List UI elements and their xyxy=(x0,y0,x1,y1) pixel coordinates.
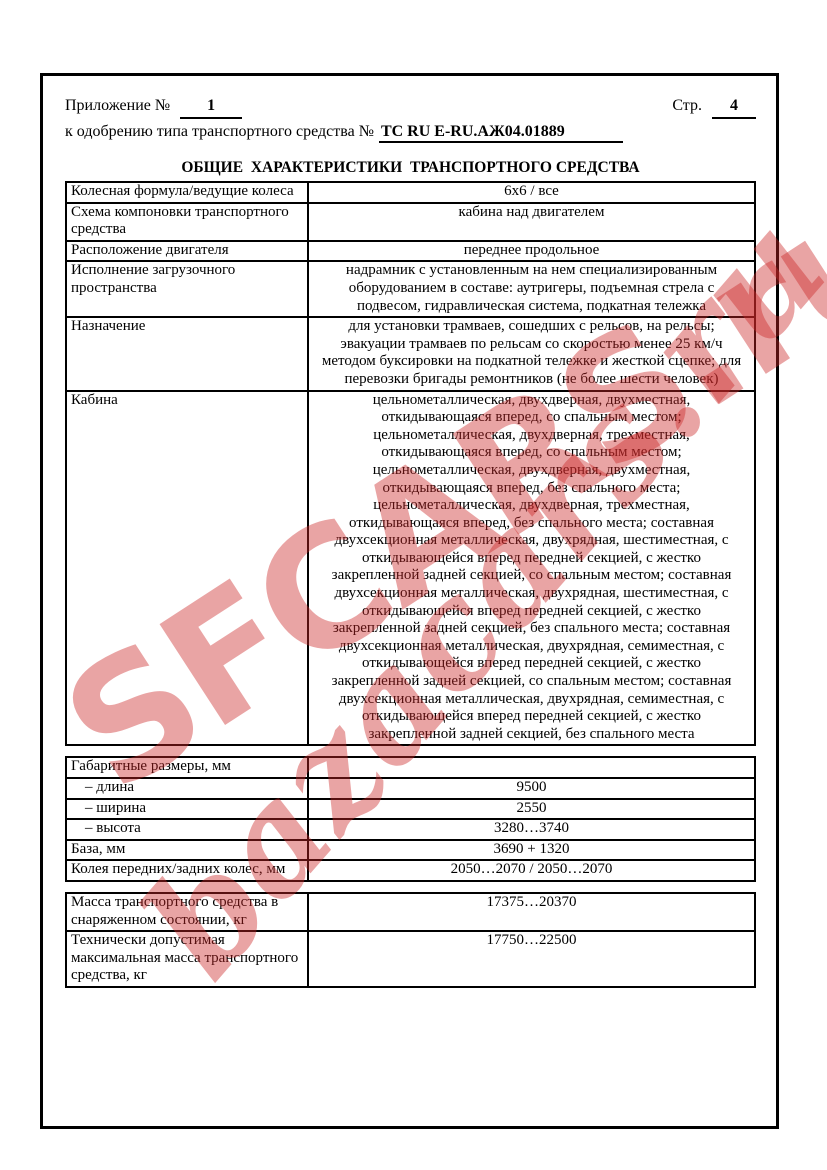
table-row: Колесная формула/ведущие колеса6х6 / все xyxy=(66,182,755,203)
table-row: Расположение двигателяпереднее продольно… xyxy=(66,241,755,262)
table-row: Технически допустимая максимальная масса… xyxy=(66,931,755,987)
row-value: 17750…22500 xyxy=(308,931,755,987)
row-label: Назначение xyxy=(66,317,308,390)
page-label: Стр. xyxy=(672,97,702,114)
row-label: – ширина xyxy=(66,799,308,820)
row-value xyxy=(308,757,755,778)
table-row: Масса транспортного средства в снаряженн… xyxy=(66,893,755,931)
table-row: – высота3280…3740 xyxy=(66,819,755,840)
row-label: Масса транспортного средства в снаряженн… xyxy=(66,893,308,931)
row-label: Технически допустимая максимальная масса… xyxy=(66,931,308,987)
appendix-label: Приложение № xyxy=(65,97,170,114)
row-value: 9500 xyxy=(308,778,755,799)
row-value: 2050…2070 / 2050…2070 xyxy=(308,860,755,881)
table-row: Колея передних/задних колес, мм2050…2070… xyxy=(66,860,755,881)
row-value: 3690 + 1320 xyxy=(308,840,755,861)
row-value: 17375…20370 xyxy=(308,893,755,931)
row-label: – длина xyxy=(66,778,308,799)
row-label: Колея передних/задних колес, мм xyxy=(66,860,308,881)
row-label: Кабина xyxy=(66,391,308,746)
approval-number: ТС RU E-RU.АЖ04.01889 xyxy=(379,123,623,143)
row-label: Габаритные размеры, мм xyxy=(66,757,308,778)
row-value: 3280…3740 xyxy=(308,819,755,840)
approval-label: к одобрению типа транспортного средства … xyxy=(65,123,374,140)
row-value: для установки трамваев, сошедших с рельс… xyxy=(308,317,755,390)
document-page: Приложение №1 Стр.4 к одобрению типа тра… xyxy=(0,0,827,1170)
table-row: – ширина2550 xyxy=(66,799,755,820)
row-value: цельнометаллическая, двухдверная, двухме… xyxy=(308,391,755,746)
table-row: Исполнение загрузочного пространстванадр… xyxy=(66,261,755,317)
row-label: Колесная формула/ведущие колеса xyxy=(66,182,308,203)
table-row: – длина9500 xyxy=(66,778,755,799)
row-value: 2550 xyxy=(308,799,755,820)
document-title: ОБЩИЕ ХАРАКТЕРИСТИКИ ТРАНСПОРТНОГО СРЕДС… xyxy=(65,159,756,177)
appendix-number: 1 xyxy=(180,96,242,119)
row-value: переднее продольное xyxy=(308,241,755,262)
row-label: Расположение двигателя xyxy=(66,241,308,262)
row-value: кабина над двигателем xyxy=(308,203,755,241)
row-value: надрамник с установленным на нем специал… xyxy=(308,261,755,317)
table-row: Габаритные размеры, мм xyxy=(66,757,755,778)
appendix-block: Приложение №1 xyxy=(65,96,242,119)
row-label: Схема компоновки транспортного средства xyxy=(66,203,308,241)
page-number-block: Стр.4 xyxy=(672,96,756,119)
row-label: – высота xyxy=(66,819,308,840)
table-row: Схема компоновки транспортного средствак… xyxy=(66,203,755,241)
table-row: База, мм3690 + 1320 xyxy=(66,840,755,861)
dimensions-table: Габаритные размеры, мм– длина9500– ширин… xyxy=(65,756,756,882)
row-value: 6х6 / все xyxy=(308,182,755,203)
header-row: Приложение №1 Стр.4 xyxy=(65,96,756,119)
row-label: Исполнение загрузочного пространства xyxy=(66,261,308,317)
page-number: 4 xyxy=(712,96,756,119)
table-row: Назначениедля установки трамваев, сошедш… xyxy=(66,317,755,390)
masses-table: Масса транспортного средства в снаряженн… xyxy=(65,892,756,988)
approval-line: к одобрению типа транспортного средства … xyxy=(65,122,756,142)
general-characteristics-table: Колесная формула/ведущие колеса6х6 / все… xyxy=(65,181,756,746)
table-row: Кабинацельнометаллическая, двухдверная, … xyxy=(66,391,755,746)
row-label: База, мм xyxy=(66,840,308,861)
page-frame: Приложение №1 Стр.4 к одобрению типа тра… xyxy=(40,73,779,1129)
